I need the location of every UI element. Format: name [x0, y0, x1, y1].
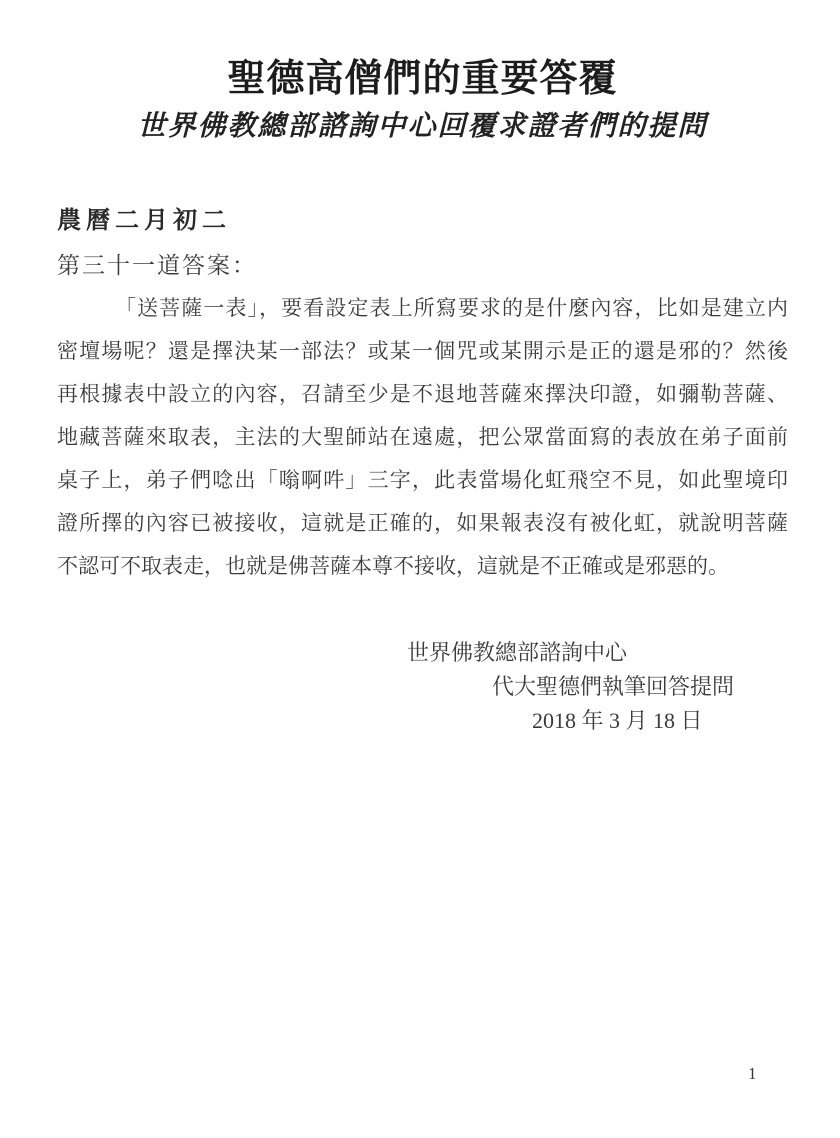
body-line: 不認可不取表走，也就是佛菩薩本尊不接收，這就是不正確或是邪惡的。	[57, 545, 788, 588]
body-line: 再根據表中設立的內容，召請至少是不退地菩薩來擇決印證，如彌勒菩薩、	[57, 373, 788, 416]
body-line: 密壇場呢？還是擇決某一部法？或某一個咒或某開示是正的還是邪的？然後	[57, 330, 788, 373]
page-number: 1	[748, 1063, 757, 1085]
answer-paragraph: 「送菩薩一表」，要看設定表上所寫要求的是什麼內容，比如是建立内 密壇場呢？還是擇…	[57, 287, 788, 588]
page-subtitle: 世界佛教總部諮詢中心回覆求證者們的提問	[57, 106, 788, 148]
document-page: 聖德高僧們的重要答覆 世界佛教總部諮詢中心回覆求證者們的提問 農曆二月初二 第三…	[0, 0, 840, 1138]
signature-organization: 世界佛教總部諮詢中心	[57, 636, 788, 670]
signature-date: 2018 年 3 月 18 日	[57, 704, 788, 738]
signature-author: 代大聖德們執筆回答提問	[57, 670, 788, 704]
lunar-date-heading: 農曆二月初二	[57, 204, 788, 238]
answer-number-label: 第三十一道答案：	[57, 244, 788, 287]
body-line: 桌子上，弟子們唸出「嗡啊吽」三字，此表當場化虹飛空不見，如此聖境印	[57, 459, 788, 502]
document-content: 聖德高僧們的重要答覆 世界佛教總部諮詢中心回覆求證者們的提問 農曆二月初二 第三…	[0, 0, 840, 738]
signature-block: 世界佛教總部諮詢中心 代大聖德們執筆回答提問 2018 年 3 月 18 日	[57, 636, 788, 738]
body-line: 「送菩薩一表」，要看設定表上所寫要求的是什麼內容，比如是建立内	[57, 287, 788, 330]
page-title: 聖德高僧們的重要答覆	[57, 0, 788, 104]
body-line: 證所擇的內容已被接收，這就是正確的，如果報表沒有被化虹，就說明菩薩	[57, 502, 788, 545]
body-line: 地藏菩薩來取表，主法的大聖師站在遠處，把公眾當面寫的表放在弟子面前	[57, 416, 788, 459]
